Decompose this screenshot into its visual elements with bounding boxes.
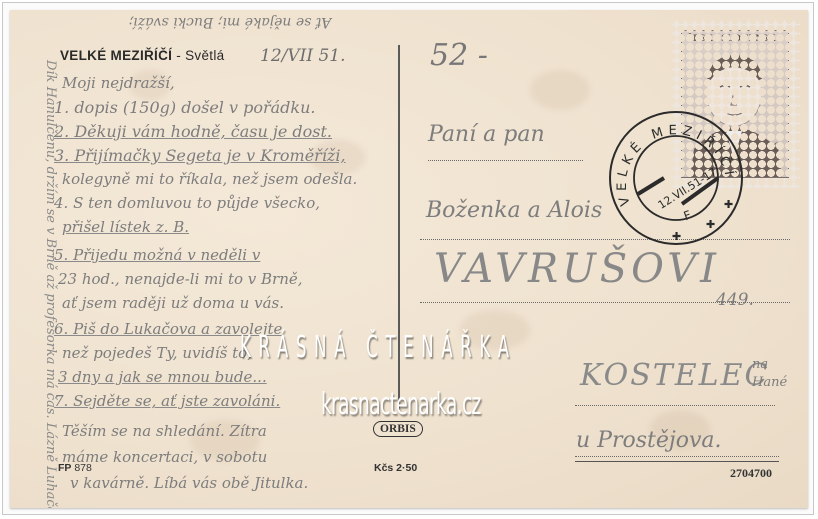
message-line: přišel lístek z. B. xyxy=(62,218,189,236)
address-line-2: Boženka a Alois xyxy=(426,198,602,223)
address-dotted-line xyxy=(420,302,790,303)
address-dotted-line xyxy=(575,456,779,457)
message-line: 4. S ten domluvou to půjde všecko, xyxy=(54,194,320,212)
address-line-4-suffix: na Hané xyxy=(752,356,802,392)
series-number: FP 878 xyxy=(58,462,92,474)
message-line: Těším se na shledání. Zítra xyxy=(62,422,267,440)
message-line: 2. Děkuji vám hodně, času je dost. xyxy=(54,122,332,141)
message-line: Moji nejdražší, xyxy=(62,74,175,92)
handwriting-top-margin: Ať se nějaké mi; Bucki sváží; xyxy=(80,14,380,30)
address-line-1: Paní a pan xyxy=(428,122,545,147)
serial-number: 2704700 xyxy=(730,466,772,481)
printed-price: Kčs 2·50 xyxy=(374,462,417,474)
message-line: 5. Přijedu možná v neděli v xyxy=(54,246,260,264)
message-line: 7. Sejděte se, ať jste zavoláni. xyxy=(54,392,280,410)
message-line: 23 hod., nenajde-li mi to v Brně, xyxy=(58,270,303,288)
svg-text:F: F xyxy=(682,208,693,224)
address-line-5: u Prostějova. xyxy=(576,428,721,453)
address-line-4: KOSTELEC xyxy=(580,358,769,393)
printed-location-title: VELKÉ MEZIŘÍČÍ - Světlá xyxy=(60,48,224,63)
series-number-value: 878 xyxy=(74,462,92,474)
postcard-back: VELKÉ MEZIŘÍČÍ - Světlá Ať se nějaké mi;… xyxy=(10,10,808,508)
handwriting-date: 12/VII 51. xyxy=(260,46,346,66)
postmark-icon: VELKÉ MEZIŘÍČÍ 12.VII.51-17 F ✚ ✚ ✚ xyxy=(606,108,746,248)
series-prefix: FP xyxy=(58,462,71,474)
title-separator: - xyxy=(172,48,185,63)
watermark-url: krasnactenarka.cz xyxy=(321,387,481,422)
message-line: 3 dny a jak se mnou bude... xyxy=(58,368,267,386)
message-line: máme koncertaci, v sobotu xyxy=(62,448,267,466)
age-spot xyxy=(530,70,590,110)
handwriting-side-margin: Dík Hanulčenu, držím se v Brně až profes… xyxy=(40,60,60,480)
message-line: kolegyně mi to říkala, než jsem odešla. xyxy=(62,170,357,188)
handwriting-number-mark: 52 - xyxy=(430,38,488,73)
message-line: než pojedeš Ty, uvidíš to, xyxy=(62,344,252,362)
address-house-number: 449. xyxy=(716,290,754,310)
svg-text:12.VII.51-17: 12.VII.51-17 xyxy=(656,165,720,212)
svg-text:✚: ✚ xyxy=(724,198,733,211)
svg-text:✚: ✚ xyxy=(672,230,681,243)
message-line: 3. Přijímačky Segeta je v Kroměříži, xyxy=(54,146,346,165)
message-line: ať jsem raději už doma u vás. xyxy=(62,294,284,312)
printed-subtitle: Světlá xyxy=(185,48,224,63)
stamp-value-fraction: 50 xyxy=(767,139,780,154)
publisher-logo: ORBIS xyxy=(373,421,423,437)
stamp-value: 150 xyxy=(750,139,780,169)
address-dotted-line xyxy=(428,160,583,161)
message-line: v kavárně. Líbá vás obě Jitulka. xyxy=(70,474,308,492)
address-dotted-line xyxy=(575,405,775,406)
printed-town: VELKÉ MEZIŘÍČÍ xyxy=(60,48,172,63)
message-line: 1. dopis (150g) došel v pořádku. xyxy=(54,98,316,117)
watermark-title: KRÁSNÁ ČTENÁŘKA xyxy=(240,330,517,365)
svg-text:✚: ✚ xyxy=(706,218,715,231)
stamp-value-main: 1 xyxy=(750,135,767,172)
address-line-3: VAVRUŠOVI xyxy=(434,246,720,292)
address-solid-line xyxy=(575,461,779,462)
